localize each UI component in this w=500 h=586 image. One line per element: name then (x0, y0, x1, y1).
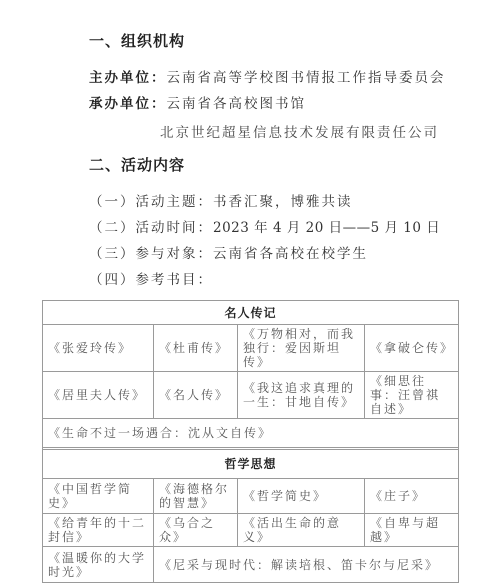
book-cell: 《给青年的十二封信》 (43, 514, 154, 547)
category-header-row: 哲学思想 (43, 450, 459, 479)
book-cell: 《生命不过一场遇合：沈从文自传》 (43, 419, 459, 448)
organizer-unit-value-2: 北京世纪超星信息技术发展有限责任公司 (160, 121, 439, 141)
organizer-unit-value-1: 云南省各高校图书馆 (167, 96, 307, 112)
category-title-biography: 名人传记 (43, 301, 459, 325)
activity-time-value: 2023 年 4 月 20 日——5 月 10 日 (213, 220, 440, 236)
book-cell: 《名人传》 (154, 372, 238, 419)
book-cell: 《自卑与超越》 (365, 514, 459, 547)
reading-list-line: （四）参考书目： (89, 268, 213, 288)
category-header-row: 名人传记 (43, 301, 459, 325)
table-row: 《居里夫人传》 《名人传》 《我这追求真理的一生：甘地自传》 《细思往事：汪曾祺… (43, 372, 459, 419)
section-heading-activity: 二、活动内容 (89, 154, 185, 175)
book-cell: 《万物相对，而我独行：爱因斯坦传》 (238, 325, 365, 372)
participants-value: 云南省各高校在校学生 (213, 246, 368, 262)
activity-theme-line: （一）活动主题：书香汇聚，博雅共读 (89, 190, 353, 210)
book-cell: 《活出生命的意义》 (238, 514, 365, 547)
book-cell: 《张爱玲传》 (43, 325, 154, 372)
book-cell: 《细思往事：汪曾祺自述》 (365, 372, 459, 419)
table-row: 《中国哲学简史》 《海德格尔的智慧》 《哲学简史》 《庄子》 (43, 479, 459, 514)
book-cell: 《温暖你的大学时光》 (43, 547, 154, 583)
book-cell: 《尼采与现时代：解读培根、笛卡尔与尼采》 (154, 547, 459, 583)
reading-list-table: 名人传记 《张爱玲传》 《杜甫传》 《万物相对，而我独行：爱因斯坦传》 《拿破仑… (42, 300, 459, 583)
organizer-unit-line: 承办单位：云南省各高校图书馆 (89, 92, 306, 112)
table-row: 《生命不过一场遇合：沈从文自传》 (43, 419, 459, 448)
reading-list-label: （四）参考书目： (89, 272, 213, 288)
book-cell: 《我这追求真理的一生：甘地自传》 (238, 372, 365, 419)
activity-time-label: （二）活动时间： (89, 220, 213, 236)
book-cell: 《杜甫传》 (154, 325, 238, 372)
table-row: 《给青年的十二封信》 《乌合之众》 《活出生命的意义》 《自卑与超越》 (43, 514, 459, 547)
activity-theme-value: 书香汇聚，博雅共读 (213, 194, 353, 210)
host-unit-value: 云南省高等学校图书情报工作指导委员会 (167, 70, 446, 86)
book-cell: 《哲学简史》 (238, 479, 365, 514)
host-unit-line: 主办单位：云南省高等学校图书情报工作指导委员会 (89, 66, 446, 86)
organizer-unit-label: 承办单位： (89, 96, 167, 112)
table-row: 《张爱玲传》 《杜甫传》 《万物相对，而我独行：爱因斯坦传》 《拿破仑传》 (43, 325, 459, 372)
book-cell: 《海德格尔的智慧》 (154, 479, 238, 514)
table-row: 《温暖你的大学时光》 《尼采与现时代：解读培根、笛卡尔与尼采》 (43, 547, 459, 583)
activity-theme-label: （一）活动主题： (89, 194, 213, 210)
participants-line: （三）参与对象：云南省各高校在校学生 (89, 242, 368, 262)
participants-label: （三）参与对象： (89, 246, 213, 262)
book-cell: 《中国哲学简史》 (43, 479, 154, 514)
activity-time-line: （二）活动时间：2023 年 4 月 20 日——5 月 10 日 (89, 216, 440, 236)
book-cell: 《乌合之众》 (154, 514, 238, 547)
section-heading-organization: 一、组织机构 (89, 30, 185, 51)
book-cell: 《庄子》 (365, 479, 459, 514)
book-cell: 《居里夫人传》 (43, 372, 154, 419)
category-title-philosophy: 哲学思想 (43, 450, 459, 479)
book-cell: 《拿破仑传》 (365, 325, 459, 372)
host-unit-label: 主办单位： (89, 70, 167, 86)
